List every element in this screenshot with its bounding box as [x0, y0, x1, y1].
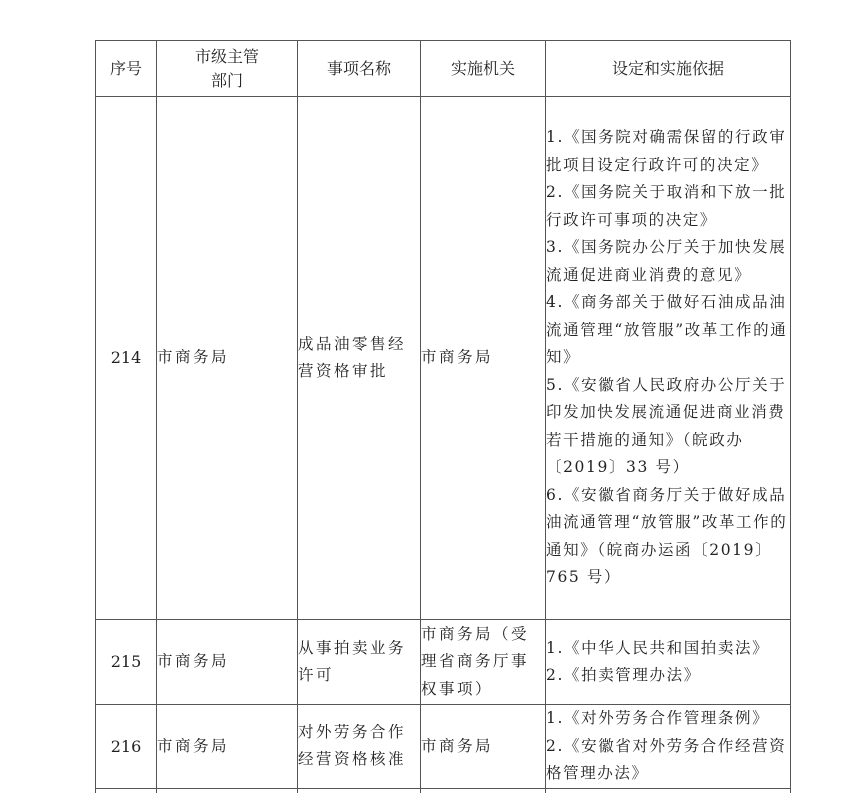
header-department-line1: 市级主管 — [157, 45, 297, 69]
cell-department: 市商务局 — [157, 97, 298, 620]
cell-basis: 1.《中华人民共和国拍卖法》 2.《拍卖管理办法》 — [546, 620, 791, 705]
cell-item-name: 对外劳务合作经营资格核准 — [298, 705, 421, 789]
header-basis: 设定和实施依据 — [546, 41, 791, 97]
basis-entry: 1.《对外劳务合作管理条例》 — [546, 705, 790, 733]
table-row: 215 市商务局 从事拍卖业务许可 市商务局（受理省商务厅事权事项） 1.《中华… — [96, 620, 791, 705]
basis-entry: 2.《拍卖管理办法》 — [546, 662, 790, 690]
header-serial-no: 序号 — [96, 41, 157, 97]
basis-entry: 2.《国务院关于取消和下放一批行政许可事项的决定》 — [546, 179, 790, 234]
basis-entry: 2.《安徽省对外劳务合作经营资格管理办法》 — [546, 733, 790, 788]
cell-department: 市商务局 — [157, 705, 298, 789]
basis-entry: 5.《安徽省人民政府办公厅关于印发加快发展流通促进商业消费若干措施的通知》（皖政… — [546, 372, 790, 482]
header-agency: 实施机关 — [421, 41, 546, 97]
basis-entry: 1.《国务院对确需保留的行政审批项目设定行政许可的决定》 — [546, 124, 790, 179]
basis-entry: 4.《商务部关于做好石油成品油流通管理“放管服”改革工作的通知》 — [546, 289, 790, 372]
header-department: 市级主管 部门 — [157, 41, 298, 97]
cell-item-name: 成品油零售经营资格审批 — [298, 97, 421, 620]
cell-basis: 1.《对外劳务合作管理条例》 2.《安徽省对外劳务合作经营资格管理办法》 — [546, 705, 791, 789]
table-row: 214 市商务局 成品油零售经营资格审批 市商务局 1.《国务院对确需保留的行政… — [96, 97, 791, 620]
table-header-row: 序号 市级主管 部门 事项名称 实施机关 设定和实施依据 — [96, 41, 791, 97]
header-item-name: 事项名称 — [298, 41, 421, 97]
cell-item-name: 从事拍卖业务许可 — [298, 620, 421, 705]
cell-agency: 市商务局 — [421, 97, 546, 620]
cell-basis: 1.《国务院对确需保留的行政审批项目设定行政许可的决定》 2.《国务院关于取消和… — [546, 97, 791, 620]
cell-serial-no: 216 — [96, 705, 157, 789]
approval-items-table: 序号 市级主管 部门 事项名称 实施机关 设定和实施依据 214 市商务局 成品… — [95, 40, 791, 793]
table-row: 216 市商务局 对外劳务合作经营资格核准 市商务局 1.《对外劳务合作管理条例… — [96, 705, 791, 789]
header-department-line2: 部门 — [157, 69, 297, 93]
cell-serial-no: 214 — [96, 97, 157, 620]
cell-serial-no: 215 — [96, 620, 157, 705]
table-row-continuation — [96, 788, 791, 793]
cell-agency: 市商务局 — [421, 705, 546, 789]
basis-entry: 3.《国务院办公厅关于加快发展流通促进商业消费的意见》 — [546, 234, 790, 289]
basis-entry: 6.《安徽省商务厅关于做好成品油流通管理“放管服”改革工作的通知》（皖商办运函〔… — [546, 482, 790, 592]
cell-agency: 市商务局（受理省商务厅事权事项） — [421, 620, 546, 705]
cell-department: 市商务局 — [157, 620, 298, 705]
basis-entry: 1.《中华人民共和国拍卖法》 — [546, 635, 790, 663]
